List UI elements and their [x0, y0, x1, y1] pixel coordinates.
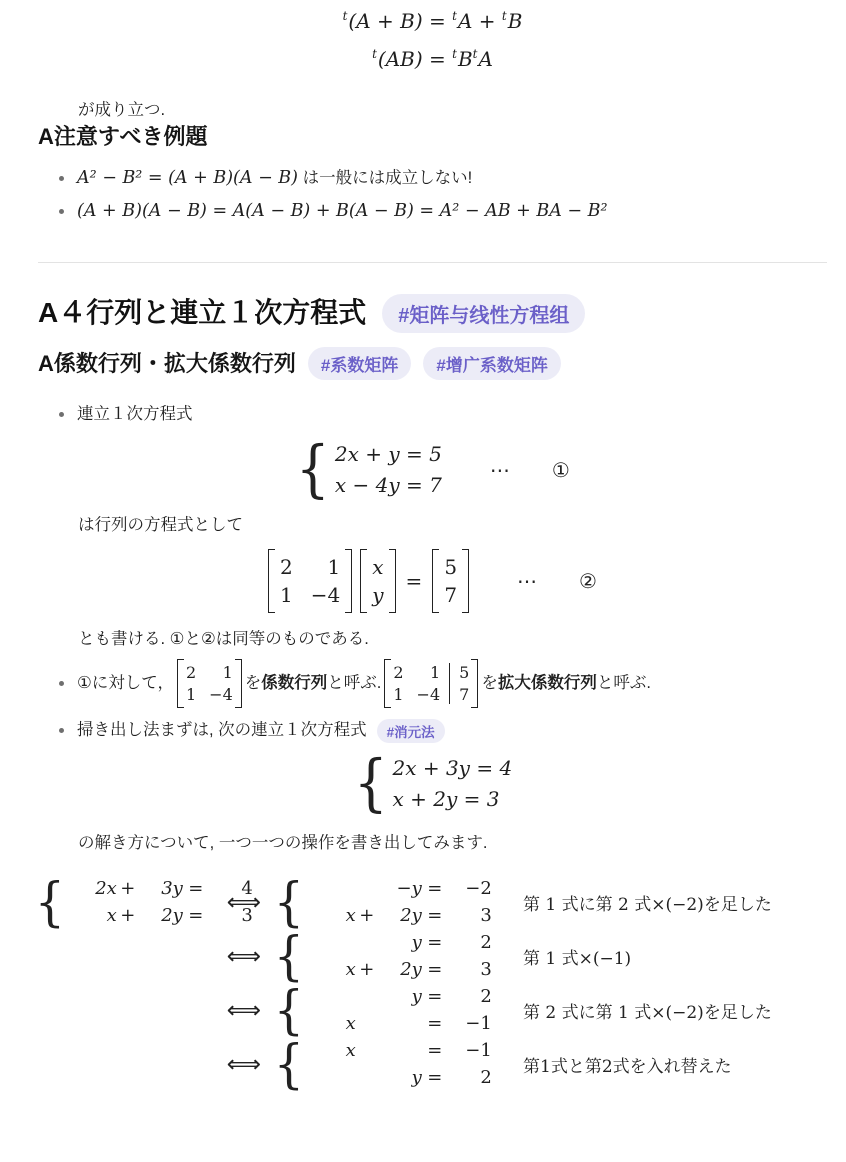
coefficient-matrix-inline: 21 1−4 — [177, 659, 242, 708]
left-brace: { — [35, 876, 65, 929]
left-brace: { — [354, 753, 388, 815]
system1-line1: 2x + y = 5 — [335, 439, 442, 470]
bullet-dot — [59, 176, 64, 181]
text-after-matrix-eq: とも書ける. ①と②は同等のものである. — [78, 627, 827, 651]
equation-transpose-product: t(AB) = tBtA — [38, 46, 827, 72]
coeff-bullet-pre: ①に対して， — [77, 671, 174, 696]
augmented-matrix-inline: 21 1−4 5 7 — [384, 659, 478, 708]
left-brace: { — [274, 876, 304, 929]
system2-line2: x + 2y = 3 — [392, 784, 512, 815]
subsection-heading-row: A係数行列・拡大係数行列 #系数矩阵 #增广系数矩阵 — [38, 347, 827, 380]
equals-sign: = — [406, 569, 423, 593]
equation-system-2: { 2x + 3y = 4 x + 2y = 3 — [38, 753, 827, 815]
bullet-dot — [59, 681, 64, 686]
equation-label-2: ② — [579, 569, 597, 593]
list-item: (A + B)(A − B) = A(A − B) + B(A − B) = A… — [38, 199, 827, 224]
heading-caution-examples: A注意すべき例題 — [38, 122, 827, 152]
left-brace: { — [274, 1038, 304, 1091]
caution-math-2: (A + B)(A − B) = A(A − B) + B(A − B) = A… — [77, 201, 608, 221]
step2-left-empty — [0, 929, 215, 983]
bullet-dot — [59, 209, 64, 214]
tag-matrix-linear-system[interactable]: #矩阵与线性方程组 — [382, 294, 585, 333]
caution-math-1: A² − B² = (A + B)(A − B) — [77, 168, 298, 188]
equation-transpose-sum: t(A + B) = tA + tB — [38, 0, 827, 34]
divider — [38, 262, 827, 263]
sweep-bullet-text: 掃き出し法まずは, 次の連立１次方程式 — [77, 718, 367, 743]
list-item: 連立１次方程式 — [38, 402, 827, 427]
system2-line1: 2x + 3y = 4 — [392, 753, 512, 784]
text-follows: が成り立つ. — [78, 98, 827, 122]
iff-arrow: ⟺ — [215, 875, 273, 929]
iff-arrow: ⟺ — [215, 983, 273, 1037]
left-brace: { — [296, 439, 330, 501]
list-item: 掃き出し法まずは, 次の連立１次方程式 #消元法 — [38, 718, 827, 743]
coeff-bullet-mid2: と呼ぶ. — [327, 671, 381, 696]
step3-note: 第 2 式に第 1 式×(−2)を足した — [511, 983, 827, 1037]
system1-line2: x − 4y = 7 — [335, 470, 442, 501]
bullet-dot — [59, 412, 64, 417]
coefficient-matrix: 21 1−4 — [268, 549, 352, 613]
augmented-matrix-term: 拡大係数行列 — [498, 671, 597, 696]
step3-right-system: { y=2 x=−1 — [273, 983, 511, 1037]
section-title: A４行列と連立１次方程式 — [38, 293, 366, 333]
step4-right-system: { x=−1 y=2 — [273, 1037, 511, 1091]
text-between: は行列の方程式として — [78, 513, 827, 537]
matrix-equation-2: 21 1−4 x y = 5 7 ⋯ ② — [38, 549, 827, 613]
iff-arrow: ⟺ — [215, 1037, 273, 1091]
list-item: A² − B² = (A + B)(A − B) は一般には成立しない! — [38, 166, 827, 191]
ellipsis: ⋯ — [517, 569, 537, 593]
variable-vector: x y — [360, 549, 395, 613]
page: t(A + B) = tA + tB t(AB) = tBtA が成り立つ. A… — [0, 0, 846, 1091]
left-brace: { — [274, 984, 304, 1037]
coeff-bullet-post: と呼ぶ. — [597, 671, 651, 696]
equation-label-1: ① — [552, 458, 570, 482]
step4-note: 第1式と第2式を入れ替えた — [511, 1037, 827, 1091]
step1-left-system: { 2x+3y=4 x+2y=3 — [0, 875, 215, 929]
bullet-dot — [59, 728, 64, 733]
tag-coefficient-matrix[interactable]: #系数矩阵 — [308, 347, 411, 380]
elimination-steps: { 2x+3y=4 x+2y=3 ⟺ { −y=−2 x+2y=3 第 1 式に… — [0, 875, 827, 1091]
coeff-bullet-mid1: を — [245, 671, 262, 696]
constant-vector: 5 7 — [432, 549, 469, 613]
step2-note: 第 1 式×(−1) — [511, 929, 827, 983]
step2-right-system: { y=2 x+2y=3 — [273, 929, 511, 983]
augmented-divider — [449, 663, 450, 704]
text-solving-intro: の解き方について, 一つ一つの操作を書き出してみます. — [78, 831, 827, 855]
section-heading-row: A４行列と連立１次方程式 #矩阵与线性方程组 — [38, 293, 827, 333]
bullet-intro: 連立１次方程式 — [77, 402, 193, 427]
step1-right-system: { −y=−2 x+2y=3 — [273, 875, 511, 929]
step3-left-empty — [0, 983, 215, 1037]
tag-augmented-matrix[interactable]: #增广系数矩阵 — [423, 347, 560, 380]
tag-elimination[interactable]: #消元法 — [377, 719, 445, 743]
iff-arrow: ⟺ — [215, 929, 273, 983]
step1-note: 第 1 式に第 2 式×(−2)を足した — [511, 875, 827, 929]
step4-left-empty — [0, 1037, 215, 1091]
left-brace: { — [274, 930, 304, 983]
coefficient-matrix-term: 係数行列 — [261, 671, 327, 696]
caution-bullet-list: A² − B² = (A + B)(A − B) は一般には成立しない! (A … — [38, 166, 827, 224]
caution-text-1: は一般には成立しない! — [298, 169, 472, 187]
list-item: ①に対して， 21 1−4 を 係数行列 と呼ぶ. 21 1−4 5 7 を — [38, 659, 827, 708]
subsection-title: A係数行列・拡大係数行列 — [38, 349, 296, 379]
ellipsis: ⋯ — [490, 458, 510, 482]
coeff-bullet-mid3: を — [481, 671, 498, 696]
equation-system-1: { 2x + y = 5 x − 4y = 7 ⋯ ① — [38, 439, 827, 501]
